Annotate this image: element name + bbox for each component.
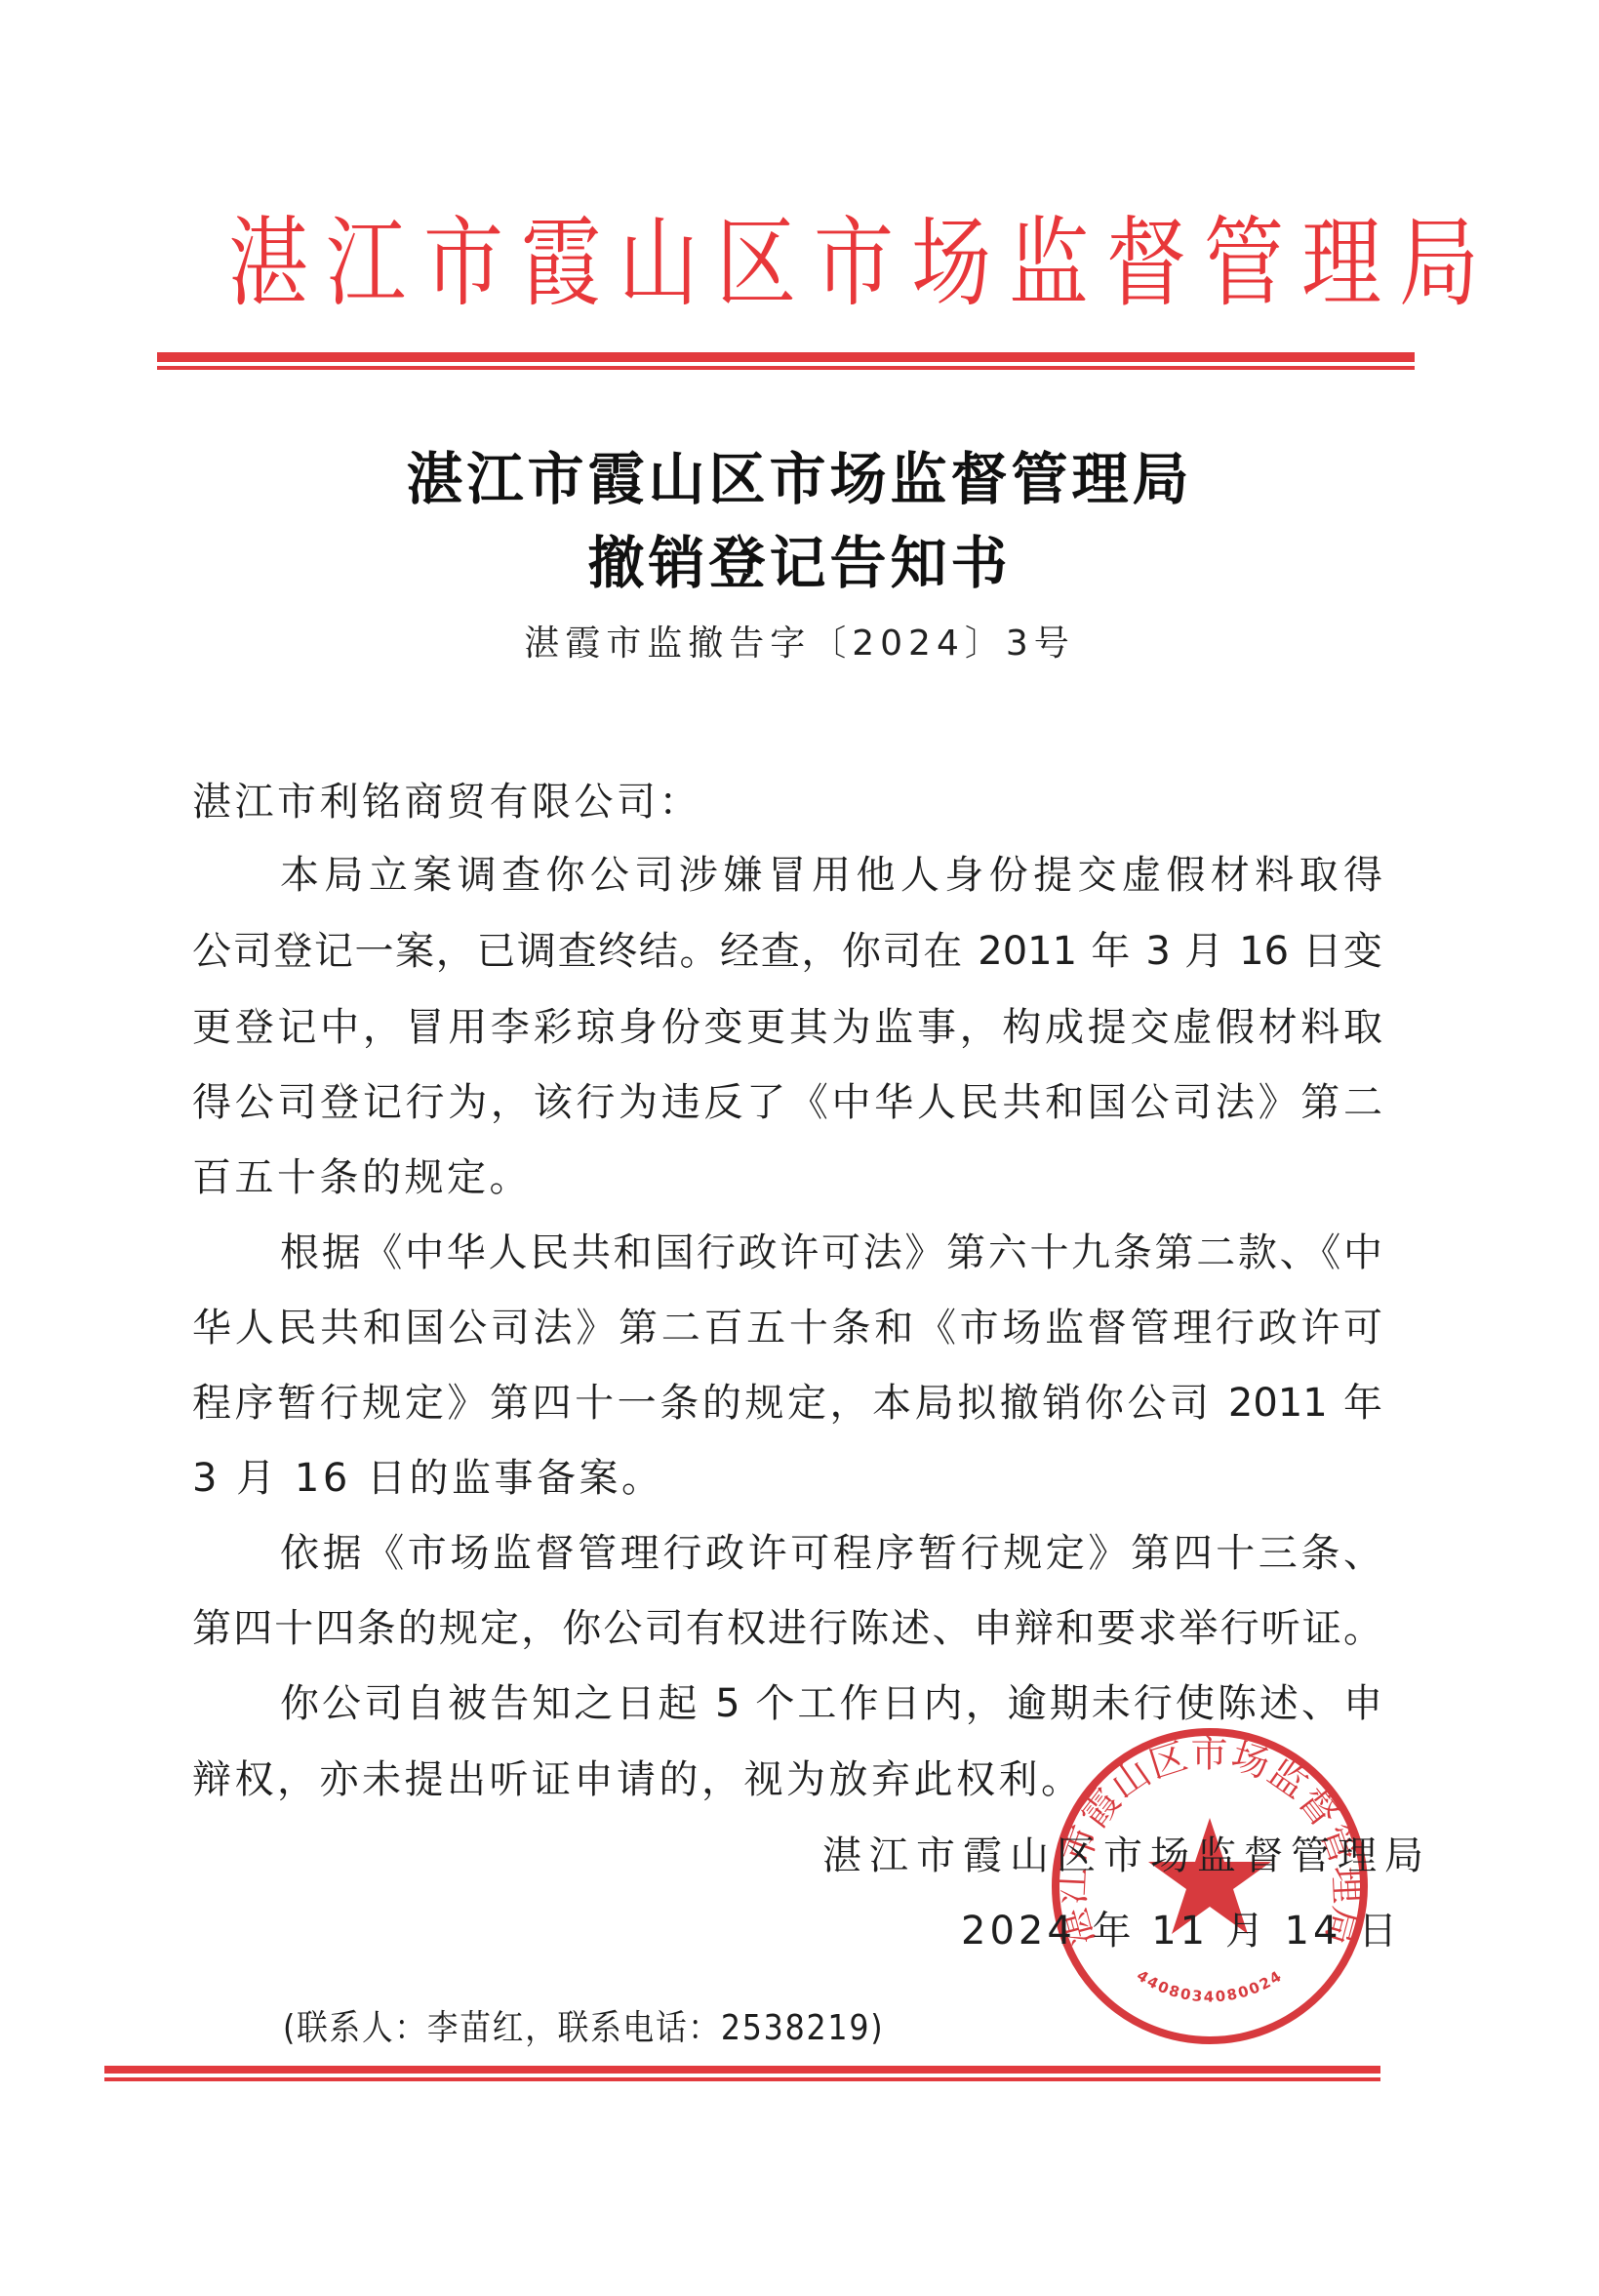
letterhead-char: 霞 — [521, 215, 601, 312]
letterhead-char: 局 — [1399, 215, 1479, 312]
body-line: 依据《市场监督管理行政许可程序暂行规定》第四十三条、 — [280, 1530, 1382, 1577]
footer-rule-thin — [104, 2077, 1380, 2081]
body-line: 更登记中，冒用李彩琼身份变更其为监事，构成提交虚假材料取 — [192, 1004, 1382, 1051]
official-seal: 湛江市霞山区市场监督管理局 4408034080024 — [1049, 1725, 1371, 2047]
body-line: 根据《中华人民共和国行政许可法》第六十九条第二款、《中 — [280, 1229, 1382, 1276]
document-number: 湛霞市监撤告字〔2024〕3号 — [0, 626, 1599, 662]
letterhead-char: 市 — [423, 215, 503, 312]
body-line: 第四十四条的规定，你公司有权进行陈述、申辩和要求举行听证。 — [192, 1605, 1382, 1652]
letterhead-org-name: 湛 江 市 霞 山 区 市 场 监 督 管 理 局 — [220, 200, 1351, 327]
body-line: 程序暂行规定》第四十一条的规定，本局拟撤销你公司 2011 年 — [192, 1380, 1382, 1427]
letterhead-char: 山 — [619, 215, 699, 312]
salutation: 湛江市利铭商贸有限公司： — [192, 779, 1382, 826]
letterhead-char: 场 — [911, 215, 991, 312]
letterhead-char: 理 — [1301, 215, 1381, 312]
letterhead-char: 湛 — [228, 215, 308, 312]
body-line: 得公司登记行为，该行为违反了《中华人民共和国公司法》第二 — [192, 1079, 1382, 1126]
header-rule-thick — [157, 352, 1415, 362]
issuer-signature: 湛江市霞山区市场监督管理局 — [822, 1833, 1431, 1879]
document-page: 湛 江 市 霞 山 区 市 场 监 督 管 理 局 湛江市霞山区市场监督管理局 … — [0, 0, 1599, 2296]
body-line: 本局立案调查你公司涉嫌冒用他人身份提交虚假材料取得 — [280, 852, 1382, 899]
letterhead-char: 江 — [326, 215, 406, 312]
body-line: 百五十条的规定。 — [192, 1154, 1382, 1201]
letterhead-char: 监 — [1009, 215, 1089, 312]
contact-info: (联系人：李苗红，联系电话：2538219) — [283, 2005, 884, 2052]
body-line: 华人民共和国公司法》第二百五十条和《市场监督管理行政许可 — [192, 1305, 1382, 1351]
document-title-line1: 湛江市霞山区市场监督管理局 — [0, 451, 1599, 507]
letterhead-char: 市 — [814, 215, 894, 312]
body-line: 你公司自被告知之日起 5 个工作日内，逾期未行使陈述、申 — [280, 1680, 1382, 1727]
letterhead-char: 区 — [716, 215, 796, 312]
header-rule-thin — [157, 366, 1415, 370]
body-line: 3 月 16 日的监事备案。 — [192, 1455, 1382, 1502]
footer-rule-thick — [104, 2066, 1380, 2074]
svg-text:4408034080024: 4408034080024 — [1134, 1966, 1286, 2005]
seal-code: 4408034080024 — [1134, 1966, 1286, 2005]
letterhead-char: 督 — [1106, 215, 1186, 312]
issue-date: 2024 年 11 月 14 日 — [961, 1908, 1401, 1954]
document-title-line2: 撤销登记告知书 — [0, 535, 1599, 591]
body-line: 公司登记一案，已调查终结。经查，你司在 2011 年 3 月 16 日变 — [192, 928, 1382, 975]
letterhead-char: 管 — [1204, 215, 1284, 312]
